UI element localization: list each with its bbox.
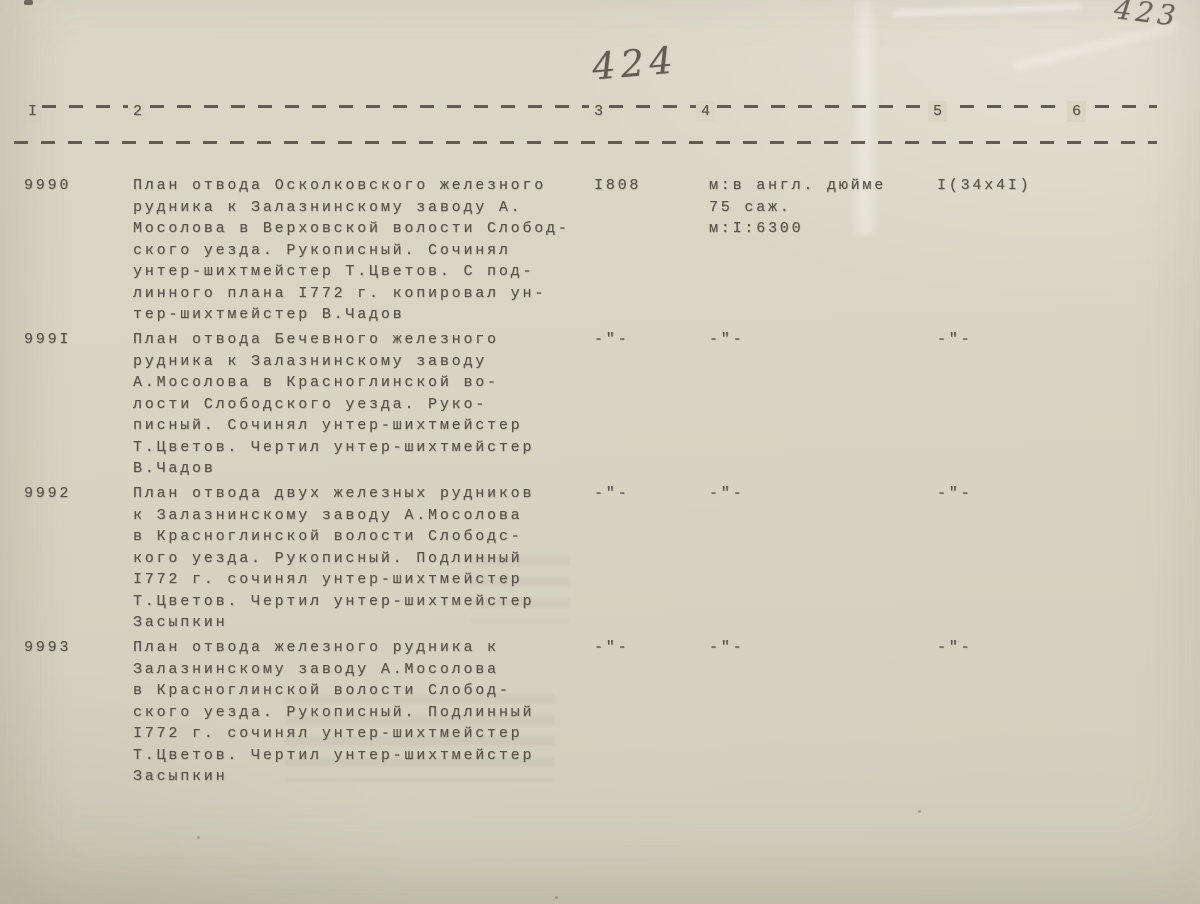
dashed-rule-bottom <box>14 141 1157 144</box>
entry-date: I808 <box>594 175 694 197</box>
paper-speck <box>918 810 921 813</box>
handwritten-page-number-423: 423 <box>1112 0 1181 33</box>
ditto-mark: -"- <box>594 483 694 505</box>
ditto-mark: -"- <box>594 329 694 351</box>
column-number-3: 3 <box>589 101 608 122</box>
column-number-4: 4 <box>696 101 715 122</box>
ink-fleck <box>24 0 33 5</box>
paper-scratch <box>892 4 1082 17</box>
column-number-5: 5 <box>928 101 947 122</box>
column-number-2: 2 <box>128 101 147 122</box>
entry-size: I(34x4I) <box>937 175 1077 197</box>
column-number-1: I <box>23 101 42 122</box>
entry-number: 999I <box>24 329 119 351</box>
entry-description: План отвода железного рудника к Залазнин… <box>133 637 571 788</box>
ditto-mark: -"- <box>709 329 914 351</box>
entry-number: 9992 <box>24 483 119 505</box>
paper-speck <box>555 896 558 899</box>
ditto-mark: -"- <box>937 637 1077 659</box>
entry-description: План отвода двух железных рудников к Зал… <box>133 483 571 634</box>
paper-speck <box>197 836 200 839</box>
entry-number: 9993 <box>24 637 119 659</box>
entry-description: План отвода Бечевного железного рудника … <box>133 329 571 480</box>
ditto-mark: -"- <box>937 483 1077 505</box>
ditto-mark: -"- <box>709 637 914 659</box>
ditto-mark: -"- <box>937 329 1077 351</box>
ditto-mark: -"- <box>594 637 694 659</box>
scanned-archive-inventory-page: 423 424 I 2 3 4 5 6 9990 План отвода Оск… <box>0 0 1200 904</box>
entry-number: 9990 <box>24 175 119 197</box>
entry-scale: м:в англ. дюйме 75 саж. м:I:6300 <box>709 175 914 240</box>
column-number-6: 6 <box>1067 101 1086 122</box>
ditto-mark: -"- <box>709 483 914 505</box>
handwritten-page-number-424: 424 <box>590 38 679 88</box>
entry-description: План отвода Осколковского железного рудн… <box>133 175 571 326</box>
